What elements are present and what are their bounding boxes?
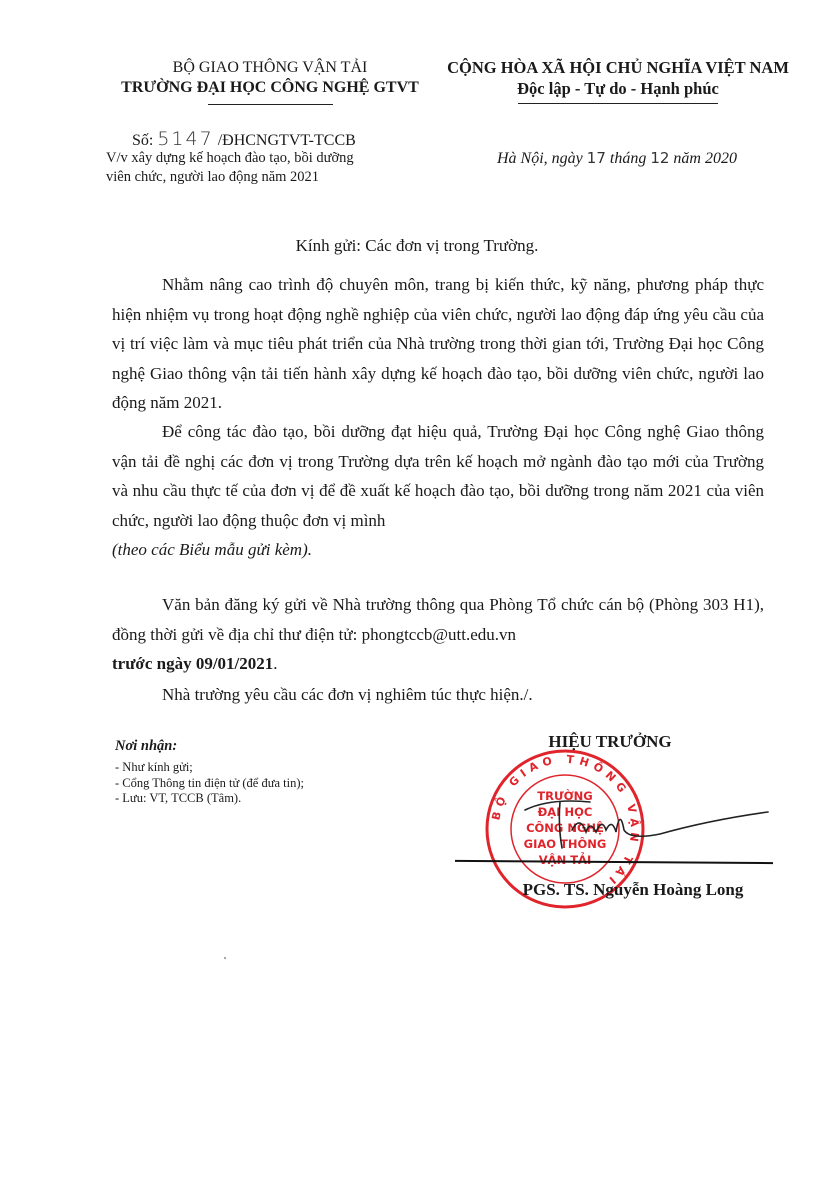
header-right-underline bbox=[518, 103, 718, 104]
national-motto: CỘNG HÒA XÃ HỘI CHỦ NGHĨA VIỆT NAM Độc l… bbox=[432, 58, 804, 104]
paragraph-4: Nhà trường yêu cầu các đơn vị nghiêm túc… bbox=[112, 680, 764, 710]
subject-line-2: viên chức, người lao động năm 2021 bbox=[106, 168, 436, 187]
handwritten-signature-icon bbox=[520, 790, 770, 850]
country-name: CỘNG HÒA XÃ HỘI CHỦ NGHĨA VIỆT NAM bbox=[432, 58, 804, 78]
paragraph-2: Để công tác đào tạo, bồi dưỡng đạt hiệu … bbox=[112, 417, 764, 565]
scan-speck bbox=[224, 957, 226, 959]
place-date-prefix: Hà Nội, ngày bbox=[497, 150, 583, 167]
place-date: Hà Nội, ngày 17 tháng 12 năm 2020 bbox=[497, 149, 737, 168]
document-number-handwritten: 5147 bbox=[157, 128, 213, 150]
issuing-authority: BỘ GIAO THÔNG VẬN TẢI TRƯỜNG ĐẠI HỌC CÔN… bbox=[100, 58, 440, 105]
paragraph-1: Nhằm nâng cao trình độ chuyên môn, trang… bbox=[112, 270, 764, 418]
paragraph-2-text: Để công tác đào tạo, bồi dưỡng đạt hiệu … bbox=[112, 422, 764, 530]
greeting: Kính gửi: Các đơn vị trong Trường. bbox=[0, 236, 834, 256]
signer-name: PGS. TS. Nguyễn Hoàng Long bbox=[440, 880, 780, 900]
header-left-underline bbox=[208, 104, 333, 105]
year-text: năm 2020 bbox=[673, 150, 737, 167]
recipients-block: Nơi nhận: - Như kính gửi; - Cổng Thông t… bbox=[115, 738, 304, 807]
document-subject: V/v xây dựng kế hoạch đào tạo, bồi dưỡng… bbox=[106, 149, 436, 187]
recipient-item: - Cổng Thông tin điện tử (để đưa tin); bbox=[115, 776, 304, 792]
recipient-item: - Lưu: VT, TCCB (Tâm). bbox=[115, 791, 304, 807]
paragraph-3: Văn bản đăng ký gửi về Nhà trường thông … bbox=[112, 590, 764, 679]
recipient-item: - Như kính gửi; bbox=[115, 760, 304, 776]
motto: Độc lập - Tự do - Hạnh phúc bbox=[432, 78, 804, 100]
paragraph-3-end: . bbox=[273, 654, 277, 673]
paragraph-2-italic: (theo các Biểu mẫu gửi kèm). bbox=[112, 540, 312, 559]
month-handwritten: 12 bbox=[650, 149, 669, 167]
recipients-title: Nơi nhận: bbox=[115, 738, 304, 755]
document-number: Số: 5147 /ĐHCNGTVT-TCCB bbox=[132, 128, 356, 150]
university-name: TRƯỜNG ĐẠI HỌC CÔNG NGHỆ GTVT bbox=[100, 78, 440, 98]
paragraph-3-text: Văn bản đăng ký gửi về Nhà trường thông … bbox=[112, 595, 764, 644]
paragraph-1-text: Nhằm nâng cao trình độ chuyên môn, trang… bbox=[112, 270, 764, 418]
svg-text:VẬN TẢI: VẬN TẢI bbox=[539, 851, 591, 867]
subject-line-1: V/v xây dựng kế hoạch đào tạo, bồi dưỡng bbox=[106, 149, 436, 168]
ministry-name: BỘ GIAO THÔNG VẬN TẢI bbox=[100, 58, 440, 78]
document-number-prefix: Số: bbox=[132, 132, 153, 149]
paragraph-4-text: Nhà trường yêu cầu các đơn vị nghiêm túc… bbox=[112, 680, 764, 710]
deadline: trước ngày 09/01/2021 bbox=[112, 654, 273, 673]
month-label: tháng bbox=[610, 150, 646, 167]
document-number-suffix: /ĐHCNGTVT-TCCB bbox=[218, 132, 356, 149]
day-handwritten: 17 bbox=[587, 149, 606, 167]
